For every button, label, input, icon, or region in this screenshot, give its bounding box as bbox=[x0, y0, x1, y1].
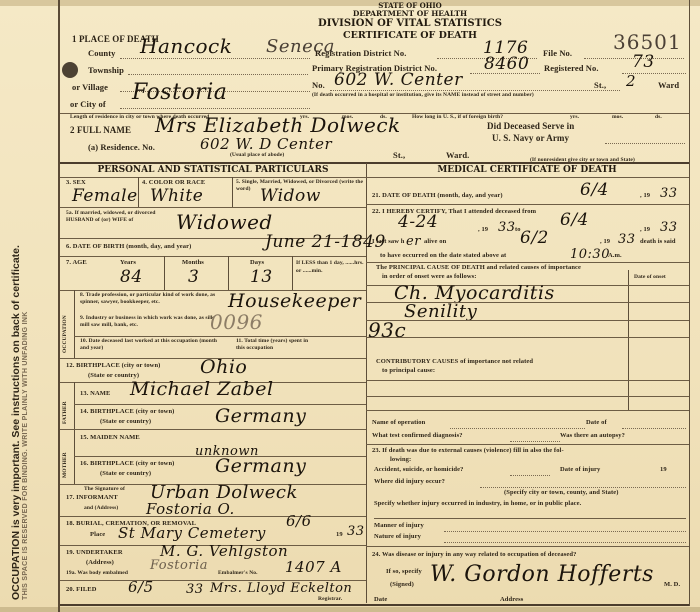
dob-label: 6. DATE OF BIRTH (month, day, and year) bbox=[66, 243, 191, 250]
time-of-death-value[interactable]: 10:30 bbox=[570, 247, 610, 262]
burial-date-value[interactable]: 6/6 bbox=[286, 512, 312, 530]
trade-value[interactable]: Housekeeper bbox=[228, 290, 361, 312]
total-time-label: 11. Total time (years) spent in this occ… bbox=[236, 338, 314, 352]
embalmed-label: 19a. Was body embalmed bbox=[66, 570, 128, 576]
county-label: County bbox=[88, 48, 116, 58]
paper-edge bbox=[0, 607, 700, 612]
trade-label: 8. Trade profession, or particular kind … bbox=[80, 292, 220, 306]
certify-label: 22. I HEREBY CERTIFY, That I attended de… bbox=[372, 208, 536, 215]
autopsy-label: Was there an autopsy? bbox=[560, 432, 625, 439]
if-so-label: If so, specify bbox=[386, 568, 422, 575]
registered-no-value[interactable]: 73 bbox=[632, 52, 655, 72]
binding-notice: THIS SPACE IS RESERVED FOR BINDING. WRIT… bbox=[22, 311, 29, 600]
contributory-causes-label: CONTRIBUTORY CAUSES of importance not re… bbox=[376, 358, 533, 365]
registrar-label: Registrar. bbox=[318, 596, 342, 602]
mother-name-label: 15. MAIDEN NAME bbox=[80, 434, 140, 441]
last-saw-label: I last saw h bbox=[372, 238, 404, 245]
signed-label: (Signed) bbox=[390, 581, 414, 588]
last-seen-alive-year[interactable]: 33 bbox=[618, 232, 636, 247]
undertaker-address-value[interactable]: Fostoria bbox=[150, 558, 208, 573]
father-side-label: FATHER bbox=[62, 401, 68, 424]
accident-label: Accident, suicide, or homicide? bbox=[374, 466, 463, 473]
birthplace-label: 12. BIRTHPLACE (city or town) bbox=[66, 362, 160, 369]
county-value[interactable]: Hancock bbox=[140, 34, 232, 58]
navy-army-label: Did Deceased Serve in bbox=[487, 121, 574, 131]
principal-cause-label: The PRINCIPAL CAUSE OF DEATH and related… bbox=[376, 264, 581, 271]
attended-to-year[interactable]: 33 bbox=[660, 220, 678, 235]
date-label: Date bbox=[374, 596, 387, 603]
test-label: What test confirmed diagnosis? bbox=[372, 432, 463, 439]
date-of-death-year[interactable]: 33 bbox=[660, 186, 678, 201]
certificate-number: 36501 bbox=[613, 30, 682, 54]
occupation-notice: OCCUPATION is very important. See instru… bbox=[10, 245, 22, 600]
date-of-death-label: 21. DATE OF DEATH (month, day, and year) bbox=[372, 192, 503, 199]
undertaker-label: 19. UNDERTAKER bbox=[66, 549, 123, 556]
primary-registration-value[interactable]: 8460 bbox=[484, 54, 529, 74]
city-value[interactable]: Fostoria bbox=[132, 80, 227, 105]
burial-year-value[interactable]: 33 bbox=[347, 524, 365, 539]
personal-section-title: PERSONAL AND STATISTICAL PARTICULARS bbox=[62, 165, 364, 175]
injury-date-label: Date of injury bbox=[560, 466, 600, 473]
occupation-side-label: OCCUPATION bbox=[62, 315, 68, 353]
embalmer-no-value[interactable]: 1407 A bbox=[285, 558, 342, 576]
operation-date-label: Date of bbox=[586, 419, 607, 426]
street-no-label: No. bbox=[312, 80, 325, 90]
manner-label: Manner of injury bbox=[374, 522, 424, 529]
years-label: Years bbox=[120, 259, 136, 266]
street-value[interactable]: 602 W. Center bbox=[334, 70, 463, 90]
registration-district-label: Registration District No. bbox=[315, 48, 407, 58]
last-saw-pronoun[interactable]: er bbox=[406, 234, 421, 249]
ward-label: Ward bbox=[658, 80, 679, 90]
attended-to-value[interactable]: 6/4 bbox=[560, 210, 589, 230]
age-days-value[interactable]: 13 bbox=[250, 267, 273, 287]
margin-rule bbox=[58, 0, 60, 612]
medical-section-title: MEDICAL CERTIFICATE OF DEATH bbox=[368, 165, 686, 175]
occupation-related-label: 24. Was disease or injury in any way rel… bbox=[372, 551, 576, 558]
time-occurred-label: to have occurred on the date stated abov… bbox=[380, 252, 506, 259]
injury-place-type-label: Specify whether injury occurred in indus… bbox=[374, 500, 581, 507]
industry-label: 9. Industry or business in which work wa… bbox=[80, 315, 220, 329]
principal-cause-2[interactable]: Senility bbox=[404, 301, 477, 322]
residence-label: (a) Residence. No. bbox=[88, 142, 155, 152]
external-causes-label: 23. If death was due to external causes … bbox=[372, 447, 564, 454]
father-name-label: 13. NAME bbox=[80, 390, 110, 397]
ward-value[interactable]: 2 bbox=[626, 72, 636, 90]
attended-from-year[interactable]: 33 bbox=[498, 220, 516, 235]
registered-no-label: Registered No. bbox=[544, 63, 599, 73]
spouse-value[interactable]: Widowed bbox=[176, 210, 273, 234]
nature-label: Nature of injury bbox=[374, 533, 421, 540]
ink-blot bbox=[62, 62, 78, 78]
sex-label: 3. SEX bbox=[66, 179, 86, 186]
department-heading: DEPARTMENT OF HEALTH bbox=[310, 9, 510, 18]
abode-note: (Usual place of abode) bbox=[230, 152, 284, 158]
hospital-note: (If death occurred in a hospital or inst… bbox=[312, 92, 534, 98]
city-label: or City of bbox=[70, 99, 106, 109]
village-label: or Village bbox=[72, 82, 108, 92]
filed-year-value[interactable]: 33 bbox=[186, 582, 204, 597]
township-label: Township bbox=[88, 65, 124, 75]
spouse-label: 5a. If married, widowed, or divorced HUS… bbox=[66, 210, 176, 224]
division-heading: DIVISION OF VITAL STATISTICS bbox=[290, 18, 530, 29]
months-label: Months bbox=[182, 259, 204, 266]
full-name-label: 2 FULL NAME bbox=[70, 125, 131, 135]
embalmer-label: Embalmer's No. bbox=[218, 570, 258, 576]
death-certificate: OCCUPATION is very important. See instru… bbox=[0, 0, 700, 612]
race-value[interactable]: White bbox=[150, 186, 203, 206]
navy-army-label-2: U. S. Navy or Army bbox=[492, 133, 569, 143]
attended-from-value[interactable]: 4-24 bbox=[398, 212, 438, 232]
age-months-value[interactable]: 3 bbox=[188, 267, 199, 287]
less-than-day-label: If LESS than 1 day, ......hrs. or ......… bbox=[296, 259, 364, 275]
street-label: St., bbox=[594, 80, 606, 90]
birthplace-value[interactable]: Ohio bbox=[200, 356, 247, 378]
registrar-signature[interactable]: Mrs. Lloyd Eckelton bbox=[210, 581, 352, 596]
last-seen-alive-value[interactable]: 6/2 bbox=[520, 228, 549, 248]
address-label: Address bbox=[500, 596, 523, 603]
age-years-value[interactable]: 84 bbox=[120, 267, 143, 287]
file-no-label: File No. bbox=[543, 48, 572, 58]
residence-value[interactable]: 602 W. D Center bbox=[200, 135, 332, 153]
race-label: 4. COLOR OR RACE bbox=[142, 179, 205, 186]
filed-label: 20. FILED bbox=[66, 586, 97, 593]
age-label: 7. AGE bbox=[66, 259, 87, 266]
cause-code-value[interactable]: 93c bbox=[368, 318, 406, 342]
days-label: Days bbox=[250, 259, 264, 266]
father-name-value[interactable]: Michael Zabel bbox=[130, 378, 274, 400]
mother-birthplace-value[interactable]: Germany bbox=[215, 455, 306, 477]
marital-value[interactable]: Widow bbox=[260, 186, 321, 206]
mother-birthplace-label: 16. BIRTHPLACE (city or town) bbox=[80, 460, 174, 467]
filed-date-value[interactable]: 6/5 bbox=[128, 578, 154, 596]
full-name-value[interactable]: Mrs Elizabeth Dolweck bbox=[155, 113, 401, 137]
father-birthplace-label: 14. BIRTHPLACE (city or town) bbox=[80, 408, 174, 415]
operation-label: Name of operation bbox=[372, 419, 425, 426]
physician-signature[interactable]: W. Gordon Hofferts bbox=[430, 562, 654, 587]
father-birthplace-value[interactable]: Germany bbox=[215, 405, 306, 427]
injury-location-label: Where did injury occur? bbox=[374, 478, 445, 485]
mother-side-label: MOTHER bbox=[62, 452, 68, 478]
date-of-death-value[interactable]: 6/4 bbox=[580, 180, 609, 200]
last-worked-label: 10. Date deceased last worked at this oc… bbox=[80, 338, 220, 352]
dob-value[interactable]: June 21-1849 bbox=[265, 232, 386, 252]
onset-label: Date of onset bbox=[634, 274, 666, 280]
burial-place-value[interactable]: St Mary Cemetery bbox=[118, 524, 266, 542]
informant-label: 17. INFORMANT bbox=[66, 494, 118, 501]
us-length-label: How long in U. S., if of foreign birth? bbox=[412, 114, 503, 120]
sex-value[interactable]: Female bbox=[72, 186, 138, 206]
binding-margin: OCCUPATION is very important. See instru… bbox=[2, 0, 36, 612]
industry-value[interactable]: 0096 bbox=[210, 310, 263, 334]
